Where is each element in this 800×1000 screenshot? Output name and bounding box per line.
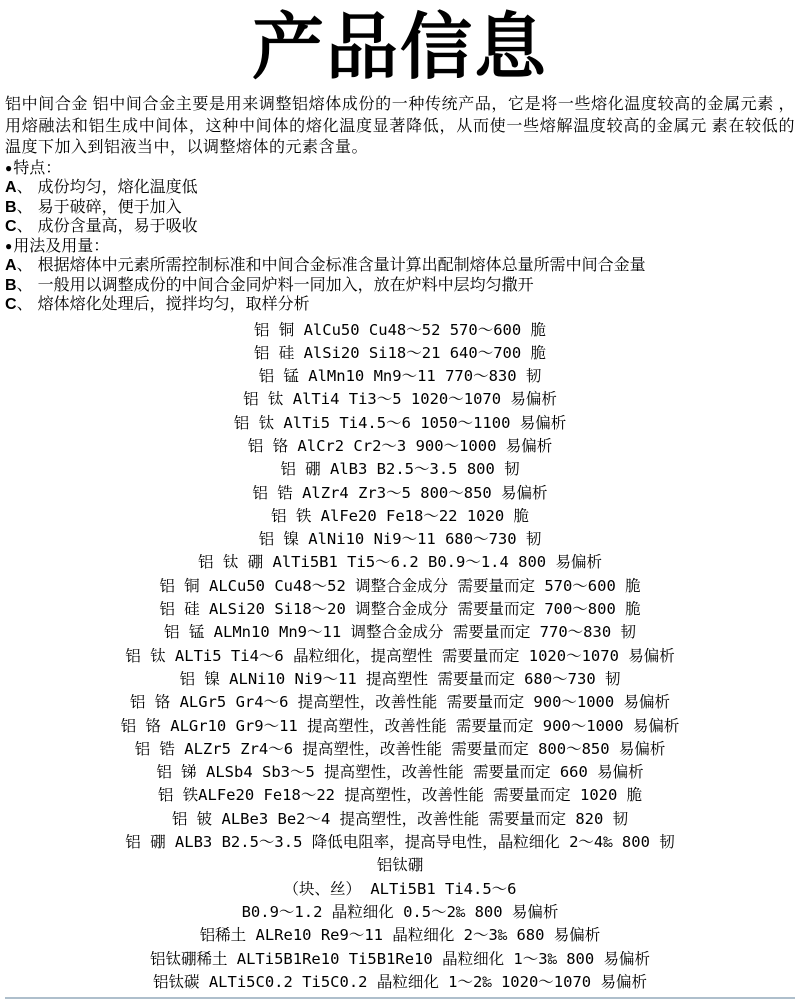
features-section: ●特点： A、成份均匀，熔化温度低 B、易于破碎，便于加入 C、成份含量高，易于… [5,159,795,237]
alloy-list: 铝 铜 AlCu50 Cu48～52 570～600 脆铝 硅 AlSi20 S… [5,319,795,995]
page-title: 产品信息 [5,0,795,94]
bullet-icon: ● [5,161,12,175]
bullet-icon: ● [5,239,12,253]
usage-section: ●用法及用量： A、根据熔体中元素所需控制标准和中间合金标准含量计算出配制熔体总… [5,237,795,315]
item-text: 易于破碎，便于加入 [38,199,182,216]
alloy-line: 铝 铁 AlFe20 Fe18～22 1020 脆 [5,505,795,528]
item-separator: 、 [17,296,33,313]
document-page: 产品信息 铝中间合金 铝中间合金主要是用来调整铝熔体成份的一种传统产品，它是将一… [0,0,800,999]
alloy-line: 铝 钛 AlTi5 Ti4.5～6 1050～1100 易偏析 [5,412,795,435]
item-text: 根据熔体中元素所需控制标准和中间合金标准含量计算出配制熔体总量所需中间合金量 [38,257,646,274]
item-text: 熔体熔化处理后，搅拌均匀，取样分析 [38,296,310,313]
item-text: 成份含量高，易于吸收 [38,218,198,235]
item-label: C [5,218,17,235]
item-label: C [5,296,17,313]
alloy-line: 铝 铁ALFe20 Fe18～22 提高塑性，改善性能 需要量而定 1020 脆 [5,784,795,807]
alloy-line: 铝 铬 ALGr5 Gr4～6 提高塑性，改善性能 需要量而定 900～1000… [5,691,795,714]
item-separator: 、 [17,179,33,196]
alloy-line: 铝稀土 ALRe10 Re9～11 晶粒细化 2～3‰ 680 易偏析 [5,924,795,947]
item-label: B [5,199,17,216]
alloy-line: 铝 铍 ALBe3 Be2～4 提高塑性，改善性能 需要量而定 820 韧 [5,808,795,831]
feature-item: B、易于破碎，便于加入 [5,198,795,218]
features-heading-text: 特点： [13,160,61,177]
alloy-line: 铝 锑 ALSb4 Sb3～5 提高塑性，改善性能 需要量而定 660 易偏析 [5,761,795,784]
alloy-line: 铝 铜 AlCu50 Cu48～52 570～600 脆 [5,319,795,342]
alloy-line: 铝 硼 ALB3 B2.5～3.5 降低电阻率，提高导电性，晶粒细化 2～4‰ … [5,831,795,854]
alloy-line: 铝钛硼 [5,854,795,877]
item-text: 成份均匀，熔化温度低 [38,179,198,196]
item-separator: 、 [17,257,33,274]
feature-item: C、成份含量高，易于吸收 [5,217,795,237]
alloy-line: 铝 锆 ALZr5 Zr4～6 提高塑性，改善性能 需要量而定 800～850 … [5,738,795,761]
alloy-line: 铝 锰 AlMn10 Mn9～11 770～830 韧 [5,365,795,388]
intro-paragraph: 铝中间合金 铝中间合金主要是用来调整铝熔体成份的一种传统产品，它是将一些熔化温度… [5,94,795,159]
bottom-divider [5,997,795,999]
alloy-line: 铝 硅 AlSi20 Si18～21 640～700 脆 [5,342,795,365]
item-label: B [5,277,17,294]
usage-item: B、一般用以调整成份的中间合金同炉料一同加入，放在炉料中层均匀撒开 [5,276,795,296]
item-label: A [5,257,17,274]
alloy-line: 铝 硅 ALSi20 Si18～20 调整合金成分 需要量而定 700～800 … [5,598,795,621]
alloy-line: 铝 锰 ALMn10 Mn9～11 调整合金成分 需要量而定 770～830 韧 [5,621,795,644]
alloy-line: 铝 铜 ALCu50 Cu48～52 调整合金成分 需要量而定 570～600 … [5,575,795,598]
item-separator: 、 [17,277,33,294]
alloy-line: （块、丝） ALTi5B1 Ti4.5～6 [5,878,795,901]
alloy-line: 铝 铬 AlCr2 Cr2～3 900～1000 易偏析 [5,435,795,458]
usage-item: C、熔体熔化处理后，搅拌均匀，取样分析 [5,295,795,315]
alloy-line: 铝 镍 ALNi10 Ni9～11 提高塑性 需要量而定 680～730 韧 [5,668,795,691]
usage-item: A、根据熔体中元素所需控制标准和中间合金标准含量计算出配制熔体总量所需中间合金量 [5,256,795,276]
alloy-line: 铝 硼 AlB3 B2.5～3.5 800 韧 [5,458,795,481]
alloy-line: 铝 钛 ALTi5 Ti4～6 晶粒细化，提高塑性 需要量而定 1020～107… [5,645,795,668]
alloy-line: 铝 钛 硼 AlTi5B1 Ti5～6.2 B0.9～1.4 800 易偏析 [5,551,795,574]
usage-heading: ●用法及用量： [5,237,795,257]
alloy-line: 铝钛碳 ALTi5C0.2 Ti5C0.2 晶粒细化 1～2‰ 1020～107… [5,971,795,994]
alloy-line: 铝 铬 ALGr10 Gr9～11 提高塑性，改善性能 需要量而定 900～10… [5,715,795,738]
item-label: A [5,179,17,196]
alloy-line: 铝 镍 AlNi10 Ni9～11 680～730 韧 [5,528,795,551]
item-text: 一般用以调整成份的中间合金同炉料一同加入，放在炉料中层均匀撒开 [38,277,534,294]
item-separator: 、 [17,199,33,216]
alloy-line: B0.9～1.2 晶粒细化 0.5～2‰ 800 易偏析 [5,901,795,924]
item-separator: 、 [17,218,33,235]
features-heading: ●特点： [5,159,795,179]
alloy-line: 铝 锆 AlZr4 Zr3～5 800～850 易偏析 [5,482,795,505]
feature-item: A、成份均匀，熔化温度低 [5,178,795,198]
alloy-line: 铝 钛 AlTi4 Ti3～5 1020～1070 易偏析 [5,388,795,411]
usage-heading-text: 用法及用量： [13,238,109,255]
alloy-line: 铝钛硼稀土 ALTi5B1Re10 Ti5B1Re10 晶粒细化 1～3‰ 80… [5,948,795,971]
